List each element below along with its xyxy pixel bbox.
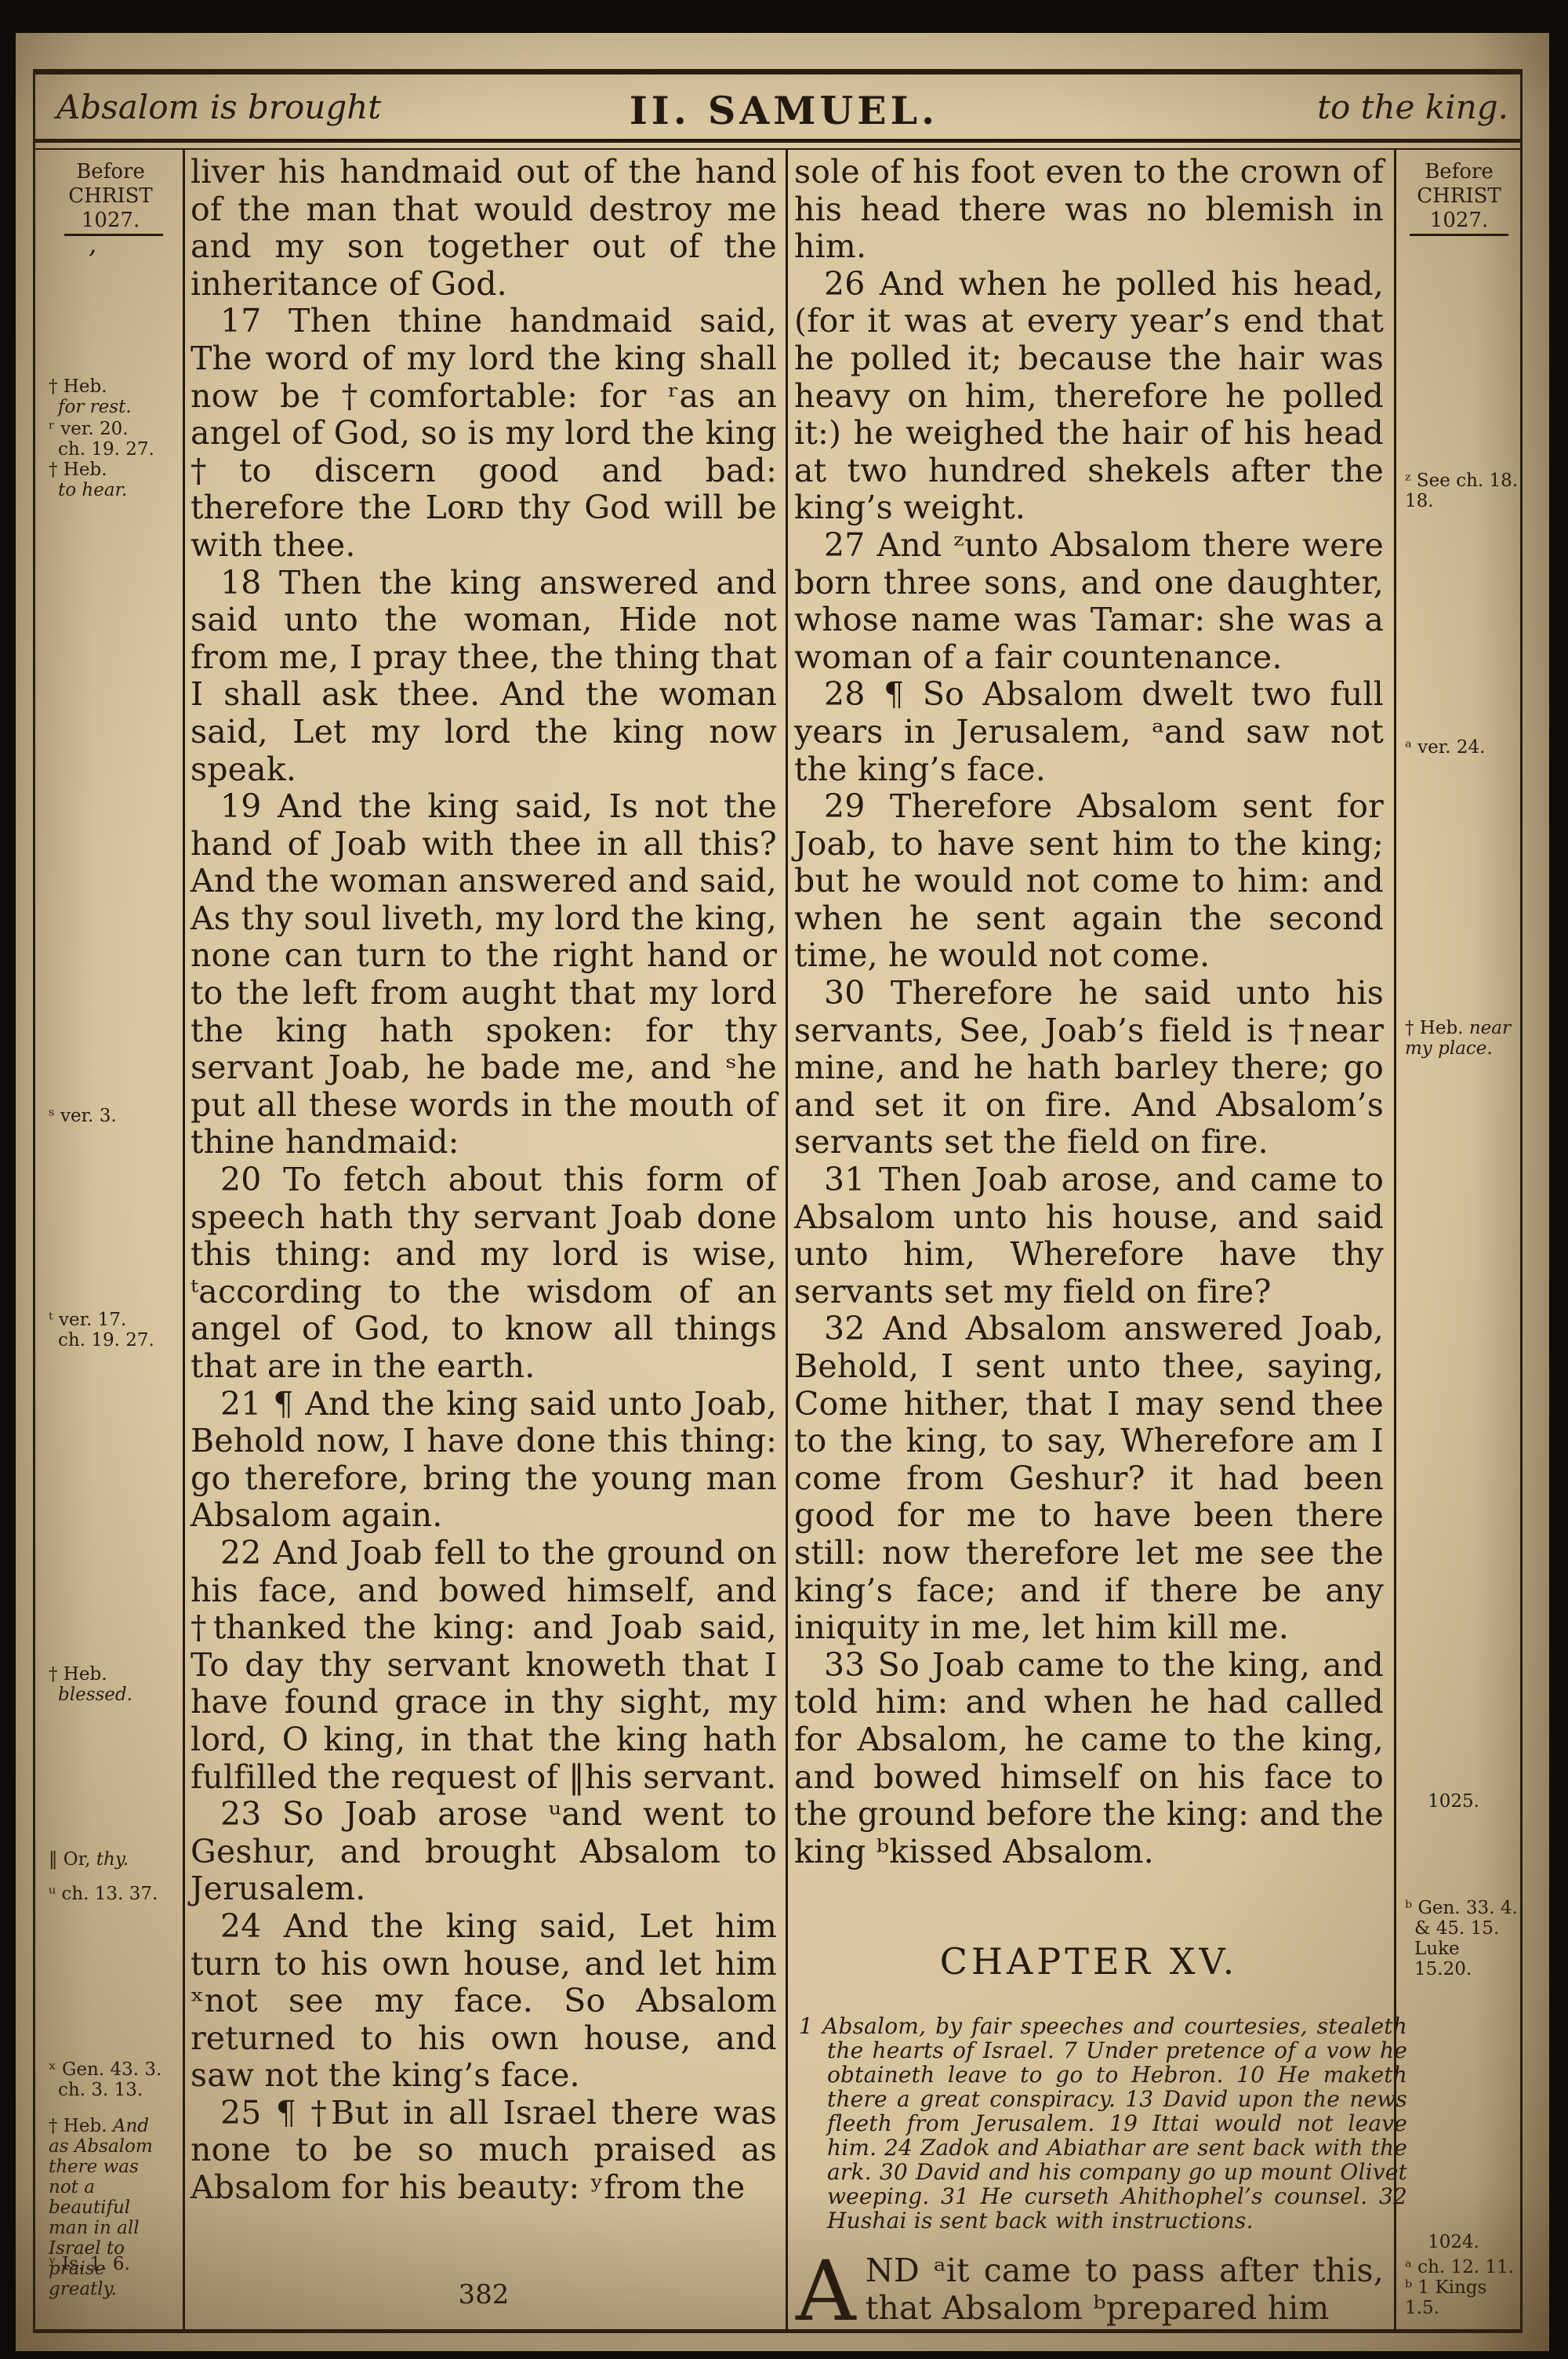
margin-note: ᵃ ch. 12. 11. (1405, 2257, 1523, 2277)
verse-32: 32 And Absalom answered Joab, Behold, I … (794, 1310, 1384, 1646)
verse-33: 33 So Joab came to the king, and told hi… (794, 1647, 1384, 1871)
before-christ-line: CHRIST (1400, 184, 1518, 209)
margin-note: ᵃ ver. 24. (1405, 737, 1523, 758)
margin-note: ʸ Is. 1. 6. (49, 2254, 180, 2274)
margin-note: † Heb. to hear. (49, 460, 180, 500)
before-christ-block-right: Before CHRIST 1027. (1400, 160, 1518, 233)
before-christ-block-left: Before CHRIST 1027. (41, 160, 180, 233)
verse-22: 22 And Joab fell to the ground on his fa… (191, 1535, 777, 1796)
before-christ-line: Before (41, 160, 180, 184)
before-christ-year: 1027. (1400, 209, 1518, 233)
verse-19: 19 And the king said, Is not the hand of… (191, 788, 777, 1161)
page-number: 382 (191, 2279, 777, 2310)
verse-1-chapter-15: AND ᵃit came to pass after this, that Ab… (794, 2252, 1384, 2327)
drop-cap: A (796, 2259, 856, 2324)
verse-26: 26 And when he polled his head, (for it … (794, 266, 1384, 527)
before-christ-rule-left (64, 234, 163, 236)
before-christ-line: CHRIST (41, 184, 180, 209)
bible-page-scan: Absalom is brought II. SAMUEL. to the ki… (0, 0, 1568, 2359)
margin-note: † Heb. for rest. (49, 376, 180, 417)
verse-continuation: liver his handmaid out of the hand of th… (191, 154, 777, 303)
margin-note: ᶻ See ch. 18. 18. (1405, 471, 1523, 511)
verse-24: 24 And the king said, Let him turn to hi… (191, 1908, 777, 2095)
verse-25: 25 ¶ †But in all Israel there was none t… (191, 2095, 777, 2207)
before-christ-rule-right (1410, 234, 1508, 236)
verse-31: 31 Then Joab arose, and came to Absalom … (794, 1161, 1384, 1310)
verse-28: 28 ¶ So Absalom dwelt two full years in … (794, 676, 1384, 788)
margin-note: ˢ ver. 3. (49, 1106, 180, 1126)
column-divider-right-margin (1394, 149, 1396, 2329)
header-double-rule (33, 139, 1523, 150)
margin-note: ᵘ ch. 13. 37. (49, 1884, 180, 1904)
margin-note: ʳ ver. 20. ch. 19. 27. (49, 419, 180, 460)
margin-note: † Heb. blessed. (49, 1664, 180, 1705)
verse-29: 29 Therefore Absalom sent for Joab, to h… (794, 788, 1384, 975)
verse-17: 17 Then thine handmaid said, The word of… (191, 303, 777, 564)
margin-note: ˣ Gen. 43. 3. ch. 3. 13. (49, 2059, 180, 2100)
text-column-right: sole of his foot even to the crown of hi… (794, 154, 1384, 2334)
verse-18: 18 Then the king answered and said unto … (191, 565, 777, 789)
frame-right-rule (1520, 69, 1523, 2333)
margin-date: 1025. (1405, 1791, 1523, 1812)
text-column-left: liver his handmaid out of the hand of th… (191, 154, 777, 2290)
margin-note: ᵇ Gen. 33. 4. & 45. 15. Luke 15.20. (1405, 1898, 1523, 1979)
verse-30: 30 Therefore he said unto his servants, … (794, 975, 1384, 1161)
margin-date: 1024. (1405, 2232, 1523, 2252)
margin-note: ᵇ 1 Kings 1.5. (1405, 2277, 1523, 2318)
verse-continuation: sole of his foot even to the crown of hi… (794, 154, 1384, 266)
before-christ-year: 1027. (41, 209, 180, 233)
verse-27: 27 And ᶻunto Absalom there were born thr… (794, 527, 1384, 676)
column-divider-left-margin (183, 149, 185, 2329)
verse-20: 20 To fetch about this form of speech ha… (191, 1161, 777, 1386)
margin-note: † Heb. near my place. (1405, 1018, 1523, 1059)
before-christ-line: Before (1400, 160, 1518, 184)
column-divider-center (786, 149, 788, 2329)
running-head-right: to the king. (1317, 88, 1508, 126)
frame-top-rule (33, 69, 1523, 75)
verse-21: 21 ¶ And the king said unto Joab, Behold… (191, 1386, 777, 1535)
margin-note: ‖ Or, thy. (49, 1849, 180, 1870)
margin-note: ᵗ ver. 17. ch. 19. 27. (49, 1310, 180, 1350)
frame-left-rule (33, 69, 35, 2333)
chapter-heading: CHAPTER XV. (794, 1943, 1384, 1981)
stray-ink-mark: ’ (88, 245, 96, 276)
verse-23: 23 So Joab arose ᵘand went to Geshur, an… (191, 1796, 777, 1908)
chapter-summary: 1 Absalom, by fair speeches and courtesi… (799, 2014, 1407, 2233)
